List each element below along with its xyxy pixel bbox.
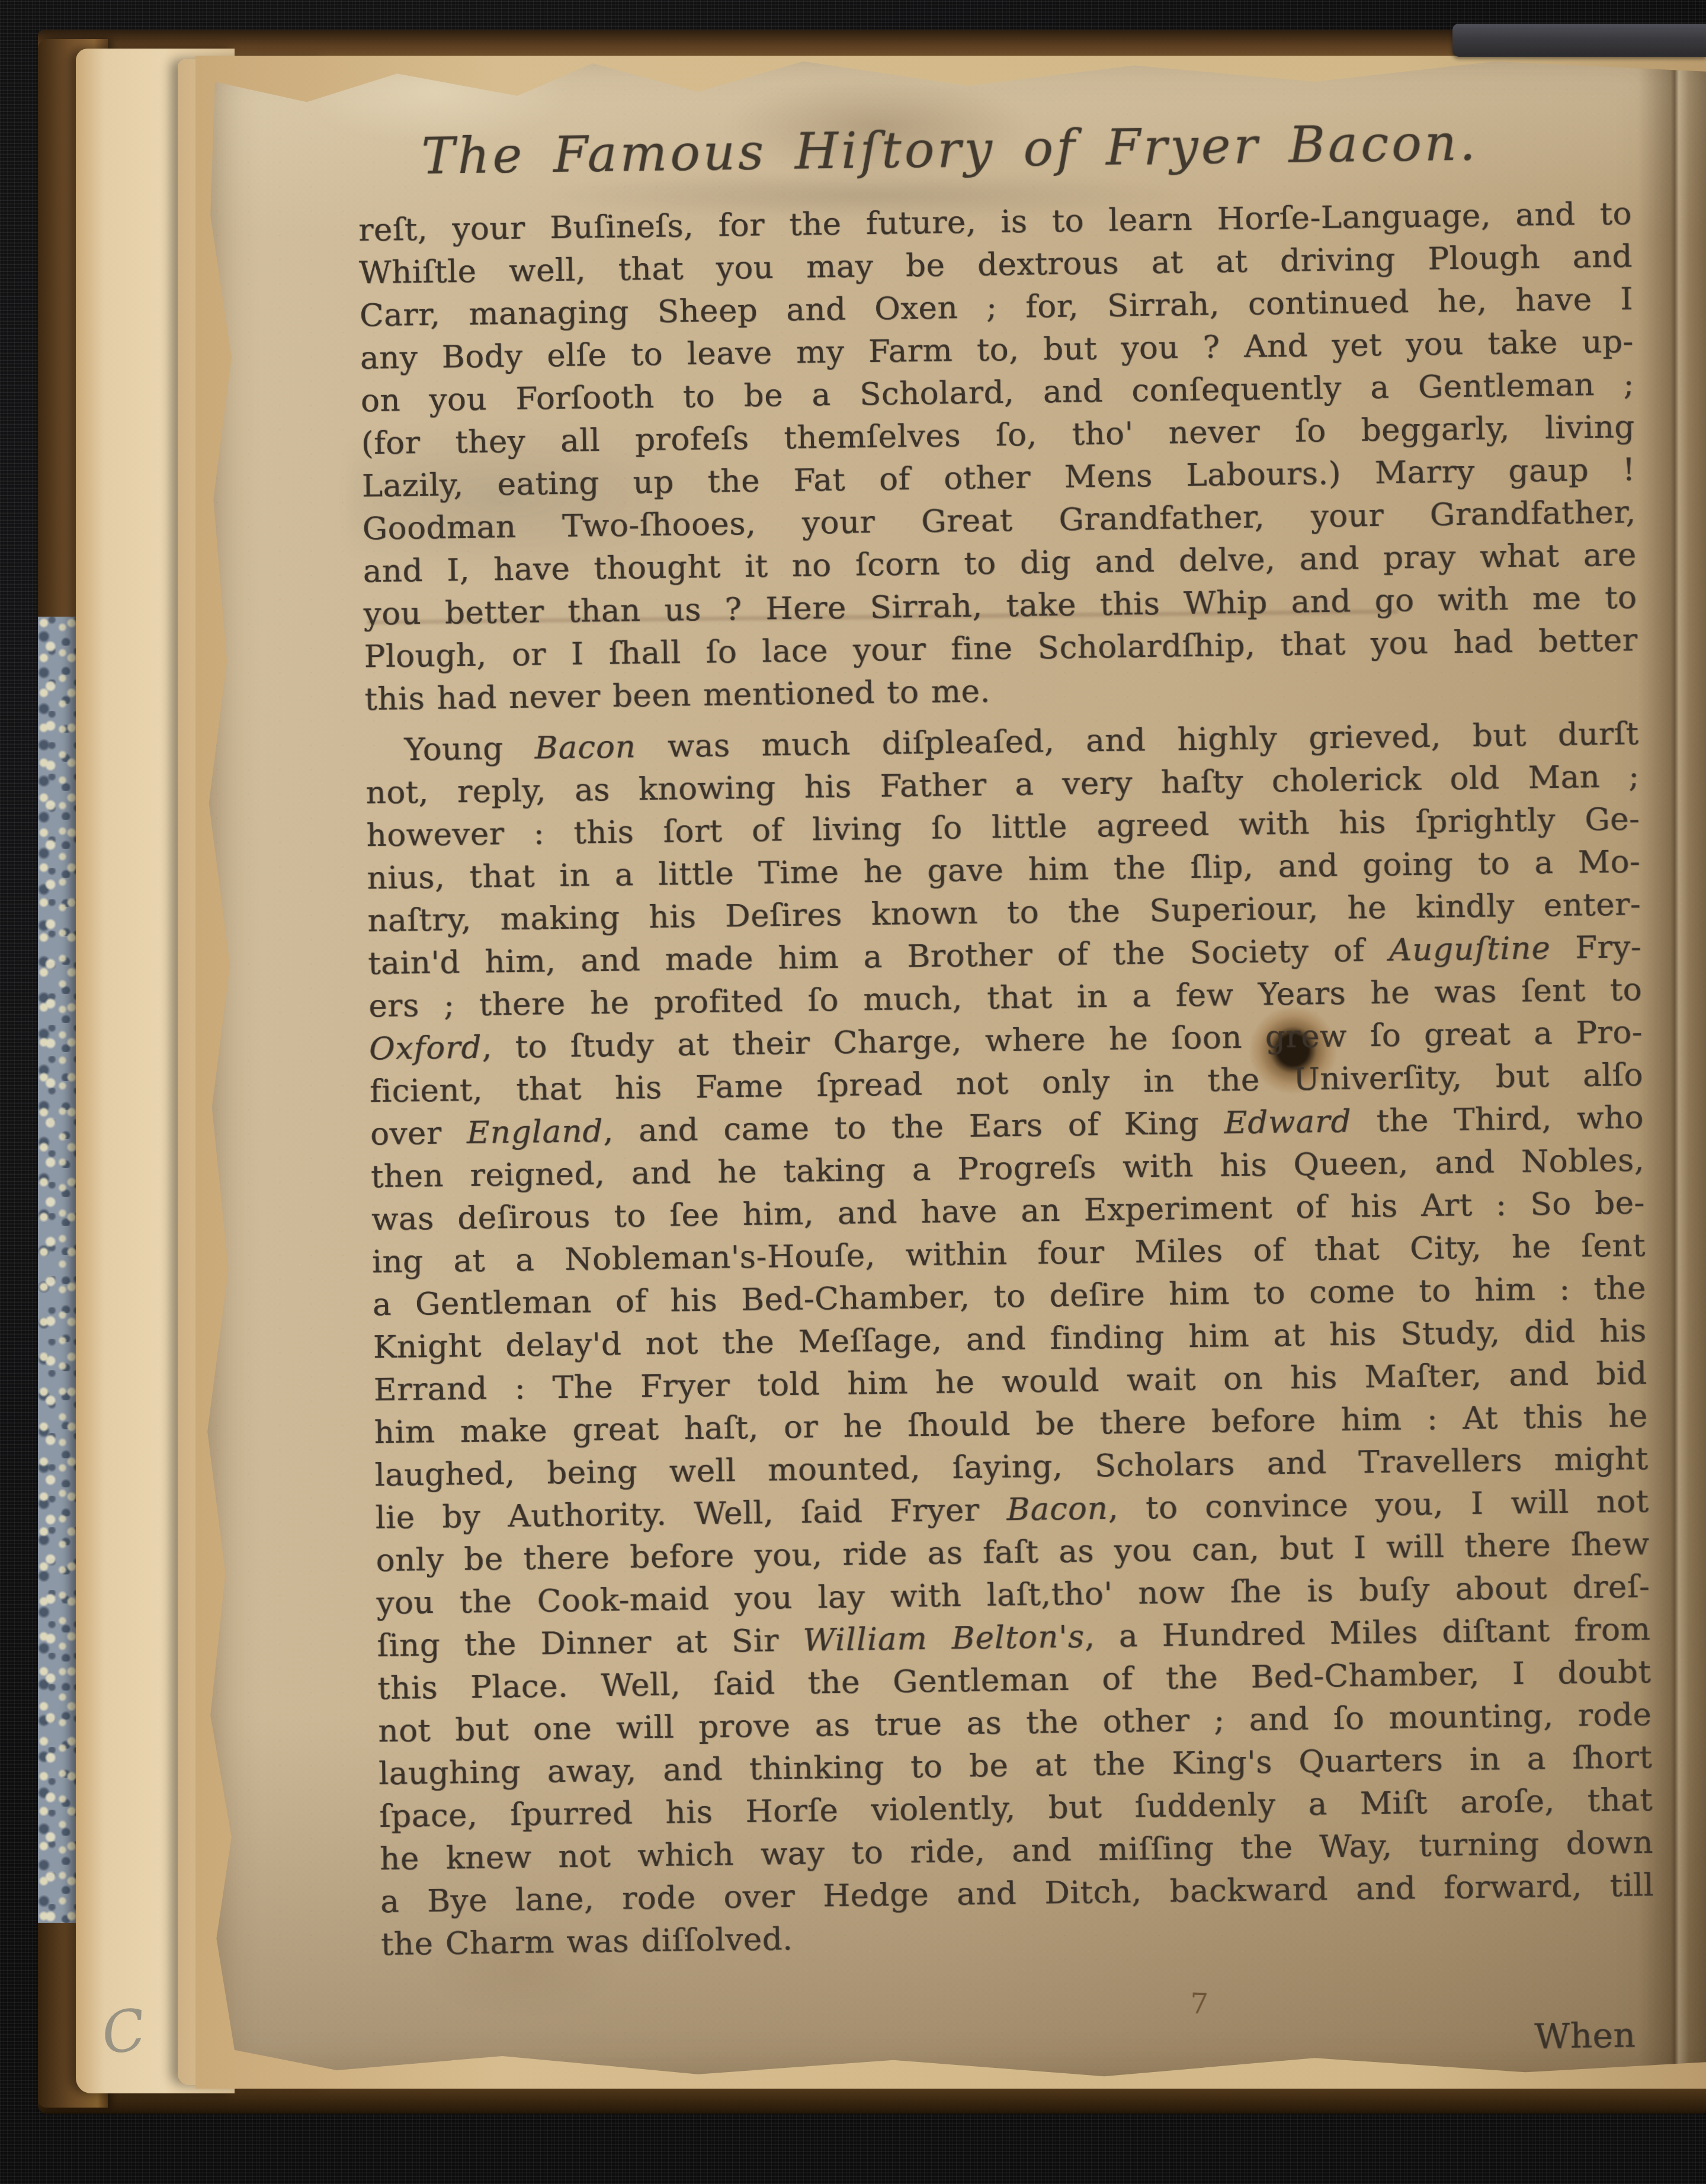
photograph-background: { "document": { "title": "The Famous Hiſ… — [0, 0, 1706, 2184]
printed-text-block: The Famous Hiſtory of Fryer Bacon. reſt,… — [357, 97, 1656, 2086]
page-title: The Famous Hiſtory of Fryer Bacon. — [357, 113, 1631, 184]
paragraph: Young Bacon was much diſpleaſed, and hig… — [365, 713, 1654, 1966]
paragraph: reſt, your Buſineſs, for the future, is … — [358, 193, 1638, 721]
handwritten-pencil-mark: C — [98, 2000, 149, 2063]
catchword: When — [1534, 2015, 1636, 2056]
book-page: The Famous Hiſtory of Fryer Bacon. reſt,… — [201, 53, 1706, 2080]
page-number: 7 — [1163, 1986, 1235, 2022]
scanner-holder-clip — [1452, 24, 1706, 57]
